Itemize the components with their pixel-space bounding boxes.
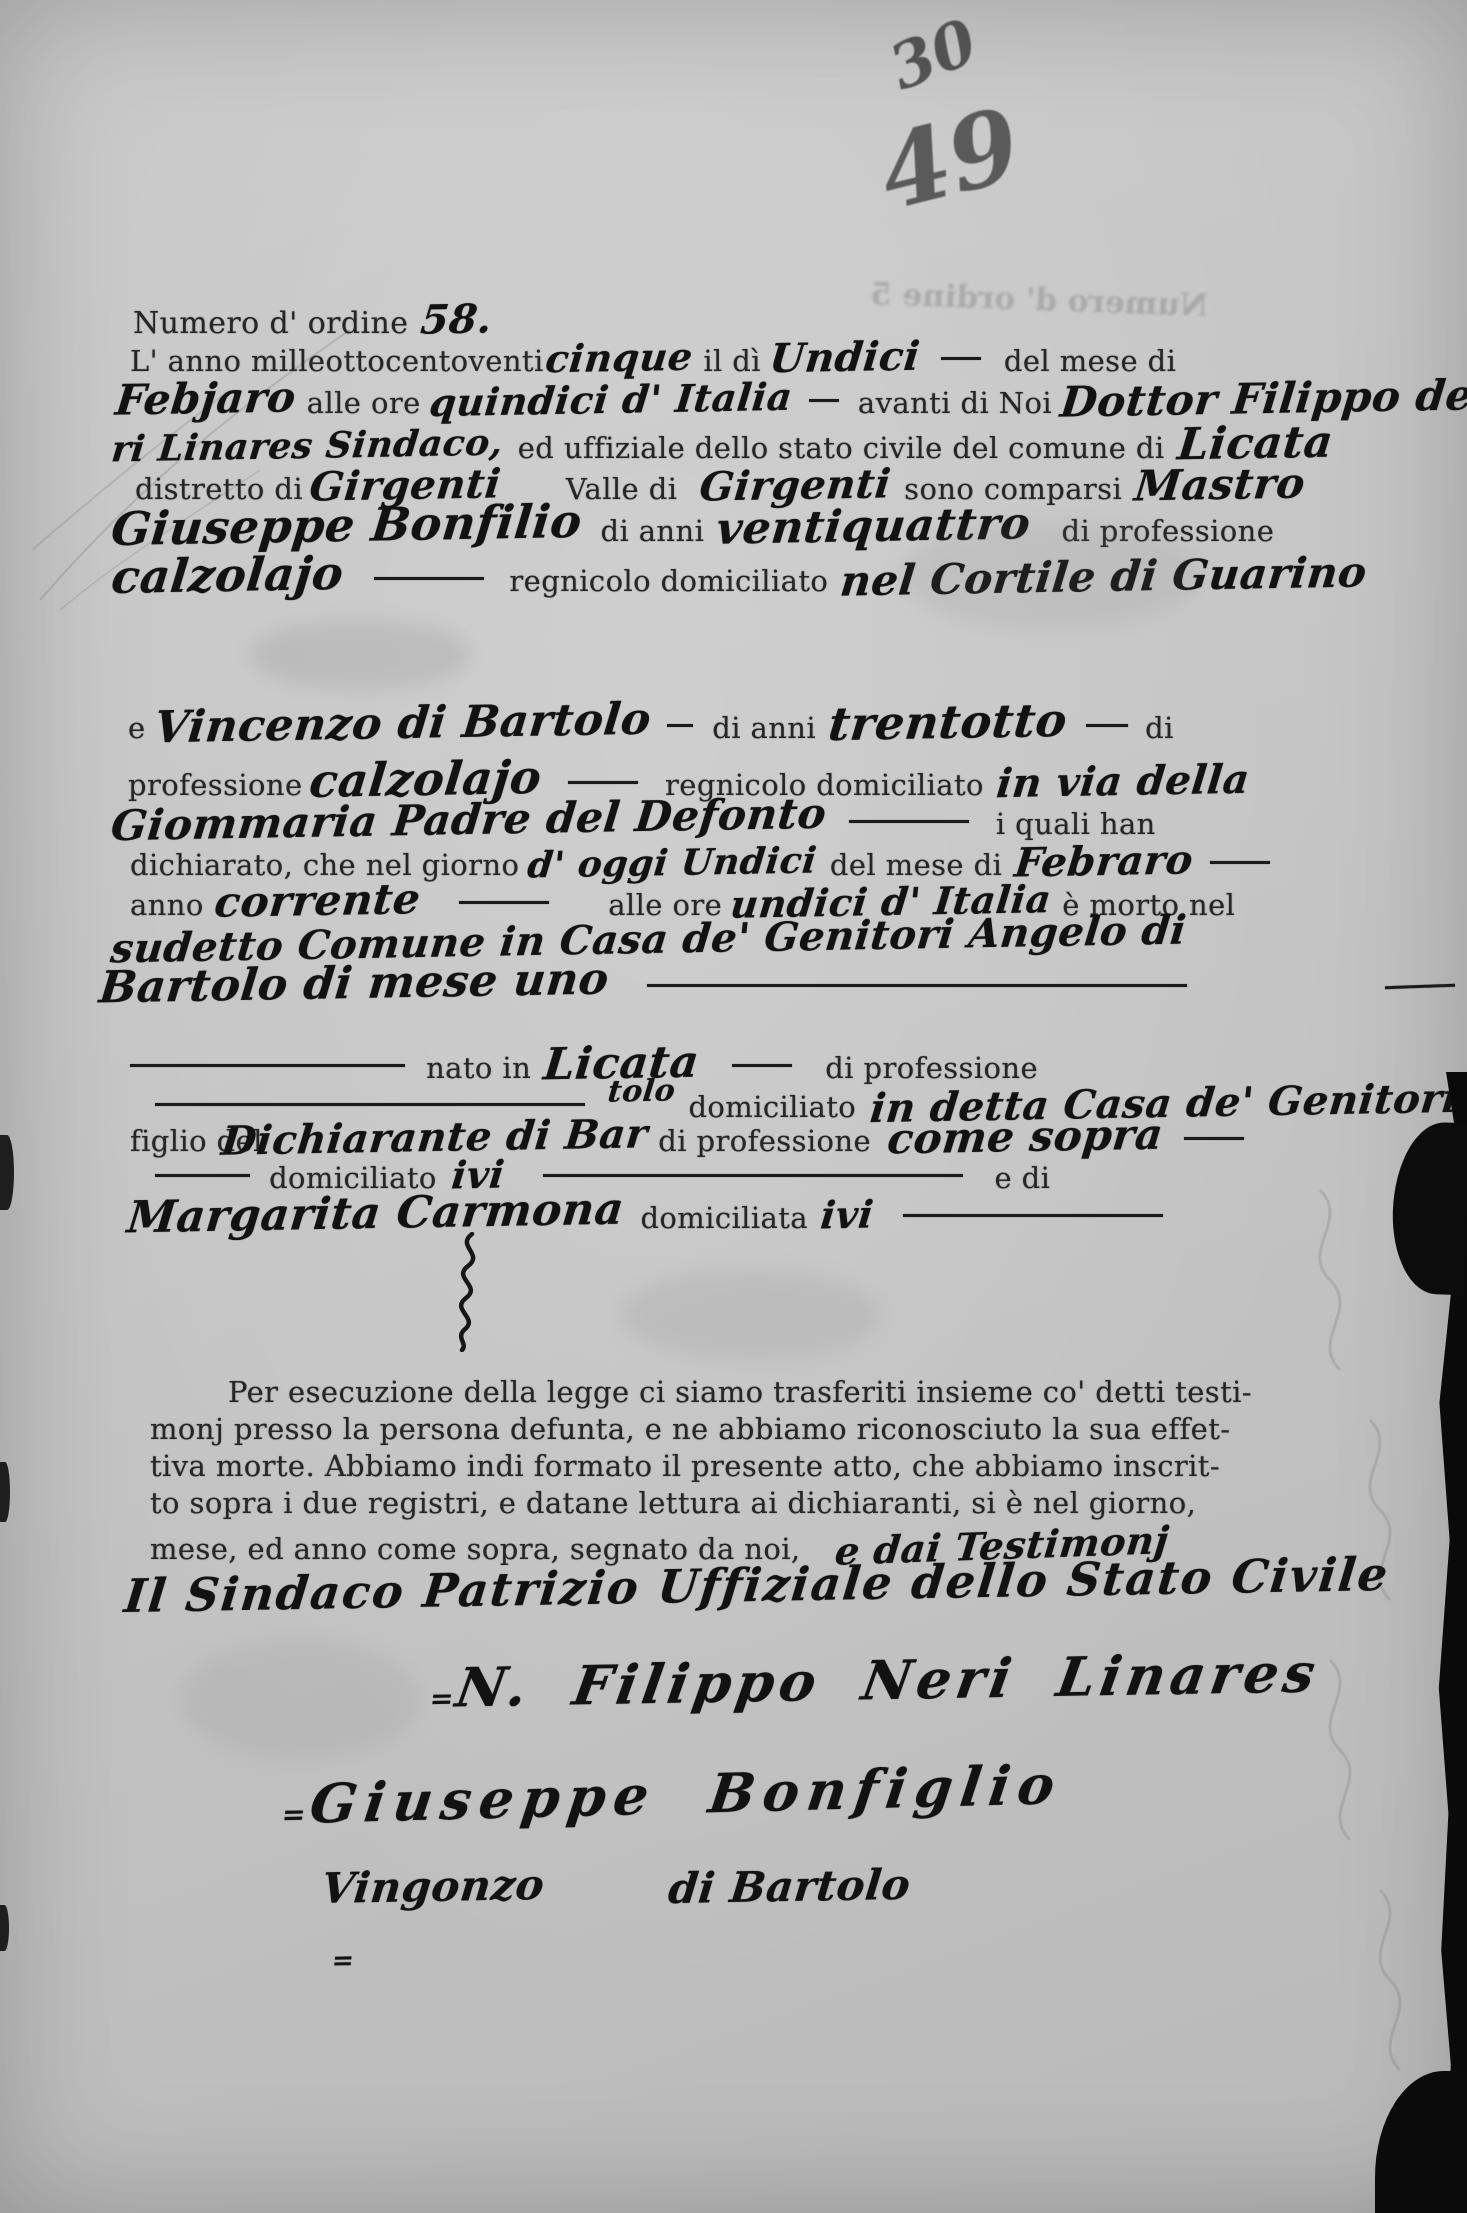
handwritten-signature-declarant2-last: di Bartolo (666, 1860, 913, 1913)
hand-equals-mark: = (428, 1682, 455, 1715)
pencil-annotation-flourish: 49 (868, 85, 1032, 233)
printed-text: e (128, 711, 146, 745)
bleed-through-text: Numero d' ordine 5 (869, 276, 1208, 324)
printed-text: di professione (1062, 514, 1275, 548)
printed-text: to sopra i due registri, e datane lettur… (150, 1486, 1196, 1520)
hand-rule (667, 724, 693, 727)
pencil-annotation-number: 30 (879, 4, 986, 104)
printed-text: monj presso la persona defunta, e ne abb… (150, 1412, 1230, 1446)
act-line-b3: Giommaria Padre del Defonto i quali han (112, 795, 1156, 844)
printed-text: il dì (703, 344, 761, 378)
printed-text: del mese di (1004, 344, 1176, 378)
hand-rule (1385, 984, 1455, 989)
hand-rule (130, 1064, 405, 1067)
printed-text: domiciliata (640, 1201, 808, 1235)
printed-text: alle ore (307, 386, 421, 420)
witness-mark-1: = (430, 1682, 454, 1715)
act-line-a6: calzolajo regnicolo domiciliato nel Cort… (112, 548, 1367, 602)
scan-edge-nick (0, 1462, 10, 1522)
hand-rule (849, 820, 969, 823)
handwritten-declarant1-name: Giuseppe Bonfilio (109, 494, 585, 556)
handwritten-signature-declarant2-first: Vingonzo (319, 1860, 547, 1913)
closing-line-2: monj presso la persona defunta, e ne abb… (150, 1412, 1230, 1446)
scan-edge-nick (0, 1905, 9, 1951)
handwritten-deceased-name: Bartolo di mese uno (97, 954, 612, 1014)
bleed-through-script-decoration (1280, 1180, 1460, 2160)
printed-text: i quali han (996, 807, 1156, 841)
hand-rule (1210, 861, 1270, 864)
handwritten-age: ventiquattro (714, 498, 1033, 554)
closing-line-1: Per esecuzione della legge ci siamo tras… (228, 1375, 1252, 1409)
paper-smudge (250, 620, 470, 690)
handwritten-ivi: ivi (819, 1192, 876, 1238)
act-line-a2: Febjaro alle ore quindici d' Italia avan… (116, 374, 1467, 423)
handwritten-signature-declarant1: Giuseppe Bonfiglio (306, 1752, 1066, 1836)
handwritten-profession: calzolajo (109, 546, 346, 604)
paper-smudge (620, 1270, 880, 1360)
printed-text: regnicolo domiciliato (509, 564, 828, 598)
hand-rule (809, 399, 839, 402)
handwritten-month: Febjaro (113, 372, 298, 424)
closing-line-4: to sopra i due registri, e datane lettur… (150, 1486, 1196, 1520)
hand-rule (732, 1064, 792, 1067)
hand-equals-mark: = (330, 1946, 356, 1976)
printed-text: avanti di Noi (858, 386, 1052, 420)
printed-text: di (1145, 711, 1174, 745)
act-line-b6: sudetto Comune in Casa de' Genitori Ange… (112, 916, 1185, 963)
handwritten-age: trentotto (826, 693, 1070, 751)
death-record-scan-page: 30 49 Numero d' ordine 5 Numero d' ordin… (0, 0, 1467, 2213)
hand-rule (543, 1174, 963, 1177)
act-line-b1: e Vincenzo di Bartolo di anni trentotto … (128, 695, 1174, 749)
scan-edge-nick (0, 1135, 14, 1210)
handwritten-residence: nel Cortile di Guarino (838, 547, 1369, 605)
witness-mark-2: = (282, 1798, 306, 1831)
hand-rule (1086, 724, 1128, 727)
hand-rule (1184, 1137, 1244, 1140)
signature-declarant1: Giuseppe Bonfiglio (312, 1762, 1061, 1826)
hand-rule (568, 781, 638, 784)
printed-text: L' anno milleottocentoventi (130, 344, 544, 378)
printed-text: di anni (600, 514, 704, 548)
printed-text: di anni (712, 711, 816, 745)
handwritten-declarant2-name: Vincenzo di Bartolo (151, 694, 653, 754)
act-line-a5: Giuseppe Bonfilio di anni ventiquattro d… (112, 498, 1274, 552)
witness-mark-3: = (332, 1946, 354, 1976)
signature-declarant2: Vingonzo di Bartolo (322, 1862, 910, 1911)
handwritten-signature-mayor: N. Filippo Neri Linares (452, 1640, 1325, 1719)
hand-rule (155, 1103, 585, 1106)
paper-smudge (180, 1640, 420, 1760)
hand-rule (155, 1174, 250, 1177)
hand-rule (903, 1214, 1163, 1217)
hand-rule (941, 357, 981, 360)
handwritten-mother-name: Margarita Carmona (125, 1184, 627, 1244)
printed-text: Per esecuzione della legge ci siamo tras… (228, 1375, 1252, 1409)
act-line-b12: Margarita Carmona domiciliata ivi (128, 1188, 1163, 1239)
signature-mayor: N. Filippo Neri Linares (458, 1648, 1318, 1712)
act-line-b7: Bartolo di mese uno (100, 958, 1187, 1009)
hand-rule (374, 577, 484, 580)
hand-squiggle-brace (448, 1232, 492, 1352)
handwritten-superscript: tolo (606, 1073, 677, 1109)
handwritten-official-title: Il Sindaco Patrizio Uffiziale dello Stat… (122, 1547, 1392, 1623)
official-title-line: Il Sindaco Patrizio Uffiziale dello Stat… (126, 1558, 1388, 1612)
printed-text: tiva morte. Abbiamo indi formato il pres… (150, 1449, 1220, 1483)
hand-equals-mark: = (280, 1798, 307, 1831)
closing-line-3: tiva morte. Abbiamo indi formato il pres… (150, 1449, 1220, 1483)
hand-rule (647, 984, 1187, 987)
hand-rule (459, 901, 549, 904)
